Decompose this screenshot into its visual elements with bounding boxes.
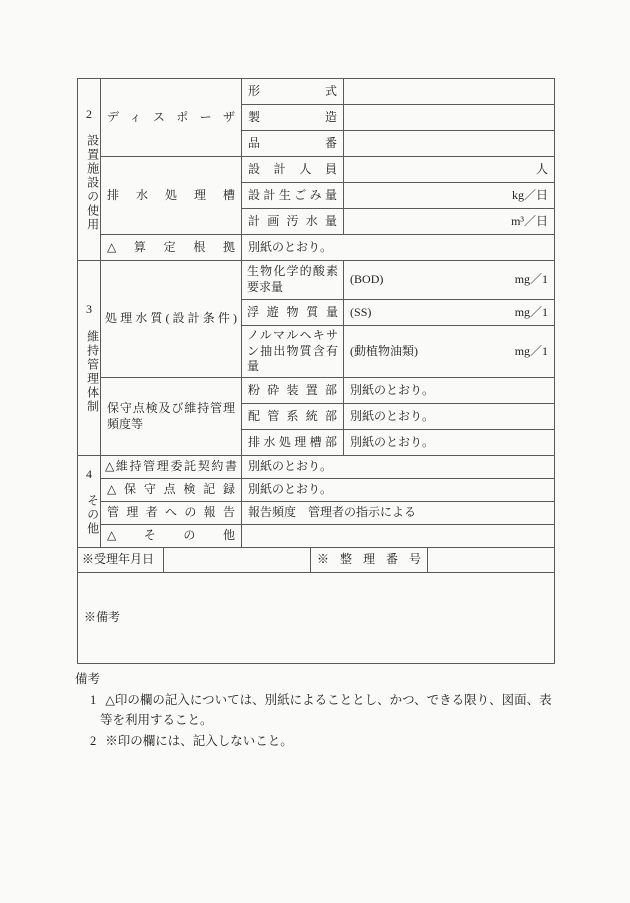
note-2-number: 2: [90, 734, 96, 748]
section2-vertical-label: 設置施設の使用: [84, 134, 100, 232]
ss-unit: mg／1: [515, 305, 548, 321]
application-form: 2 設置施設の使用 ディスポーザ 形式 製造 品番 排水処理槽 設計人員 人: [77, 78, 555, 664]
bod-paren: (BOD): [350, 272, 383, 288]
piping-system-value: 別紙のとおり。: [344, 404, 555, 430]
note-2-text: ※印の欄には、記入しないこと。: [105, 734, 293, 748]
note-item-1: 1△印の欄の記入については、別紙によることとし、かつ、できる限り、図面、表等を利…: [75, 690, 559, 730]
receipt-date-value-cell: [164, 548, 311, 573]
tank-planned-sewage-unit: m³／日: [344, 209, 555, 235]
bod-value-cell: (BOD) mg／1: [344, 261, 555, 300]
crusher-unit-key: 粉砕装置部: [242, 378, 344, 404]
disposer-maker-value-cell: [344, 105, 555, 131]
disposer-partnumber-key: 品番: [242, 131, 344, 157]
disposer-model-value-cell: [344, 79, 555, 105]
section2-header-cell: 2 設置施設の使用: [78, 79, 101, 261]
section4-vertical-label: その他: [84, 494, 100, 536]
inspection-record-value: 別紙のとおり。: [242, 479, 555, 502]
ss-key: 浮遊物質量: [242, 300, 344, 326]
tank-design-persons-unit: 人: [344, 157, 555, 183]
note-1-text: △印の欄の記入については、別紙によることとし、かつ、できる限り、図面、表等を利用…: [100, 693, 552, 727]
form-page: 2 設置施設の使用 ディスポーザ 形式 製造 品番 排水処理槽 設計人員 人: [0, 0, 630, 903]
calc-basis-key: △算定根拠: [101, 235, 242, 261]
hexane-paren: (動植物油類): [350, 344, 418, 360]
section2-number: 2: [84, 107, 94, 123]
section4-header-cell: 4 その他: [78, 456, 101, 548]
section3-header-cell: 3 維持管理体制: [78, 261, 101, 456]
serial-number-label: ※整理番号: [311, 548, 428, 573]
office-remarks-label: ※備考: [84, 610, 120, 624]
treatment-tank-part-value: 別紙のとおり。: [344, 430, 555, 456]
disposer-model-key: 形式: [242, 79, 344, 105]
note-1-number: 1: [90, 693, 96, 707]
notes-title: 備考: [75, 669, 559, 689]
application-form-table: 2 設置施設の使用 ディスポーザ 形式 製造 品番 排水処理槽 設計人員 人: [77, 78, 555, 664]
other-value-cell: [242, 525, 555, 548]
report-to-manager-value: 報告頻度 管理者の指示による: [242, 502, 555, 525]
tank-garbage-amount-unit: kg／日: [344, 183, 555, 209]
note-item-2: 2※印の欄には、記入しないこと。: [75, 731, 559, 751]
disposer-maker-key: 製造: [242, 105, 344, 131]
disposer-group-label: ディスポーザ: [101, 79, 242, 157]
maintenance-group-label: 保守点検及び維持管理頻度等: [101, 378, 242, 456]
tank-garbage-amount-key: 設計生ごみ量: [242, 183, 344, 209]
bod-unit: mg／1: [515, 272, 548, 288]
hexane-value-cell: (動植物油類) mg／1: [344, 326, 555, 378]
bod-key: 生物化学的酸素要求量: [242, 261, 344, 300]
hexane-unit: mg／1: [515, 344, 548, 360]
tank-design-persons-key: 設計人員: [242, 157, 344, 183]
treatment-tank-part-key: 排水処理槽部: [242, 430, 344, 456]
piping-system-key: 配管系統部: [242, 404, 344, 430]
receipt-date-label: ※受理年月日: [78, 548, 164, 573]
calc-basis-value: 別紙のとおり。: [242, 235, 555, 261]
maintenance-contract-key: △維持管理委託契約書: [101, 456, 242, 479]
section4-number: 4: [84, 467, 94, 483]
serial-number-value-cell: [428, 548, 555, 573]
maintenance-contract-value: 別紙のとおり。: [242, 456, 555, 479]
inspection-record-key: △保守点検記録: [101, 479, 242, 502]
tank-group-label: 排水処理槽: [101, 157, 242, 235]
report-to-manager-key: 管理者への報告: [101, 502, 242, 525]
disposer-partnumber-value-cell: [344, 131, 555, 157]
other-key: △その他: [101, 525, 242, 548]
tank-planned-sewage-key: 計画汚水量: [242, 209, 344, 235]
crusher-unit-value: 別紙のとおり。: [344, 378, 555, 404]
office-remarks-cell: ※備考: [78, 573, 555, 664]
section3-number: 3: [84, 302, 94, 318]
hexane-key: ノルマルヘキサン抽出物質含有量: [242, 326, 344, 378]
ss-value-cell: (SS) mg／1: [344, 300, 555, 326]
footer-notes: 備考 1△印の欄の記入については、別紙によることとし、かつ、できる限り、図面、表…: [75, 669, 559, 752]
section3-vertical-label: 維持管理体制: [84, 330, 100, 414]
water-quality-group-label: 処理水質(設計条件): [101, 261, 242, 378]
ss-paren: (SS): [350, 305, 371, 321]
